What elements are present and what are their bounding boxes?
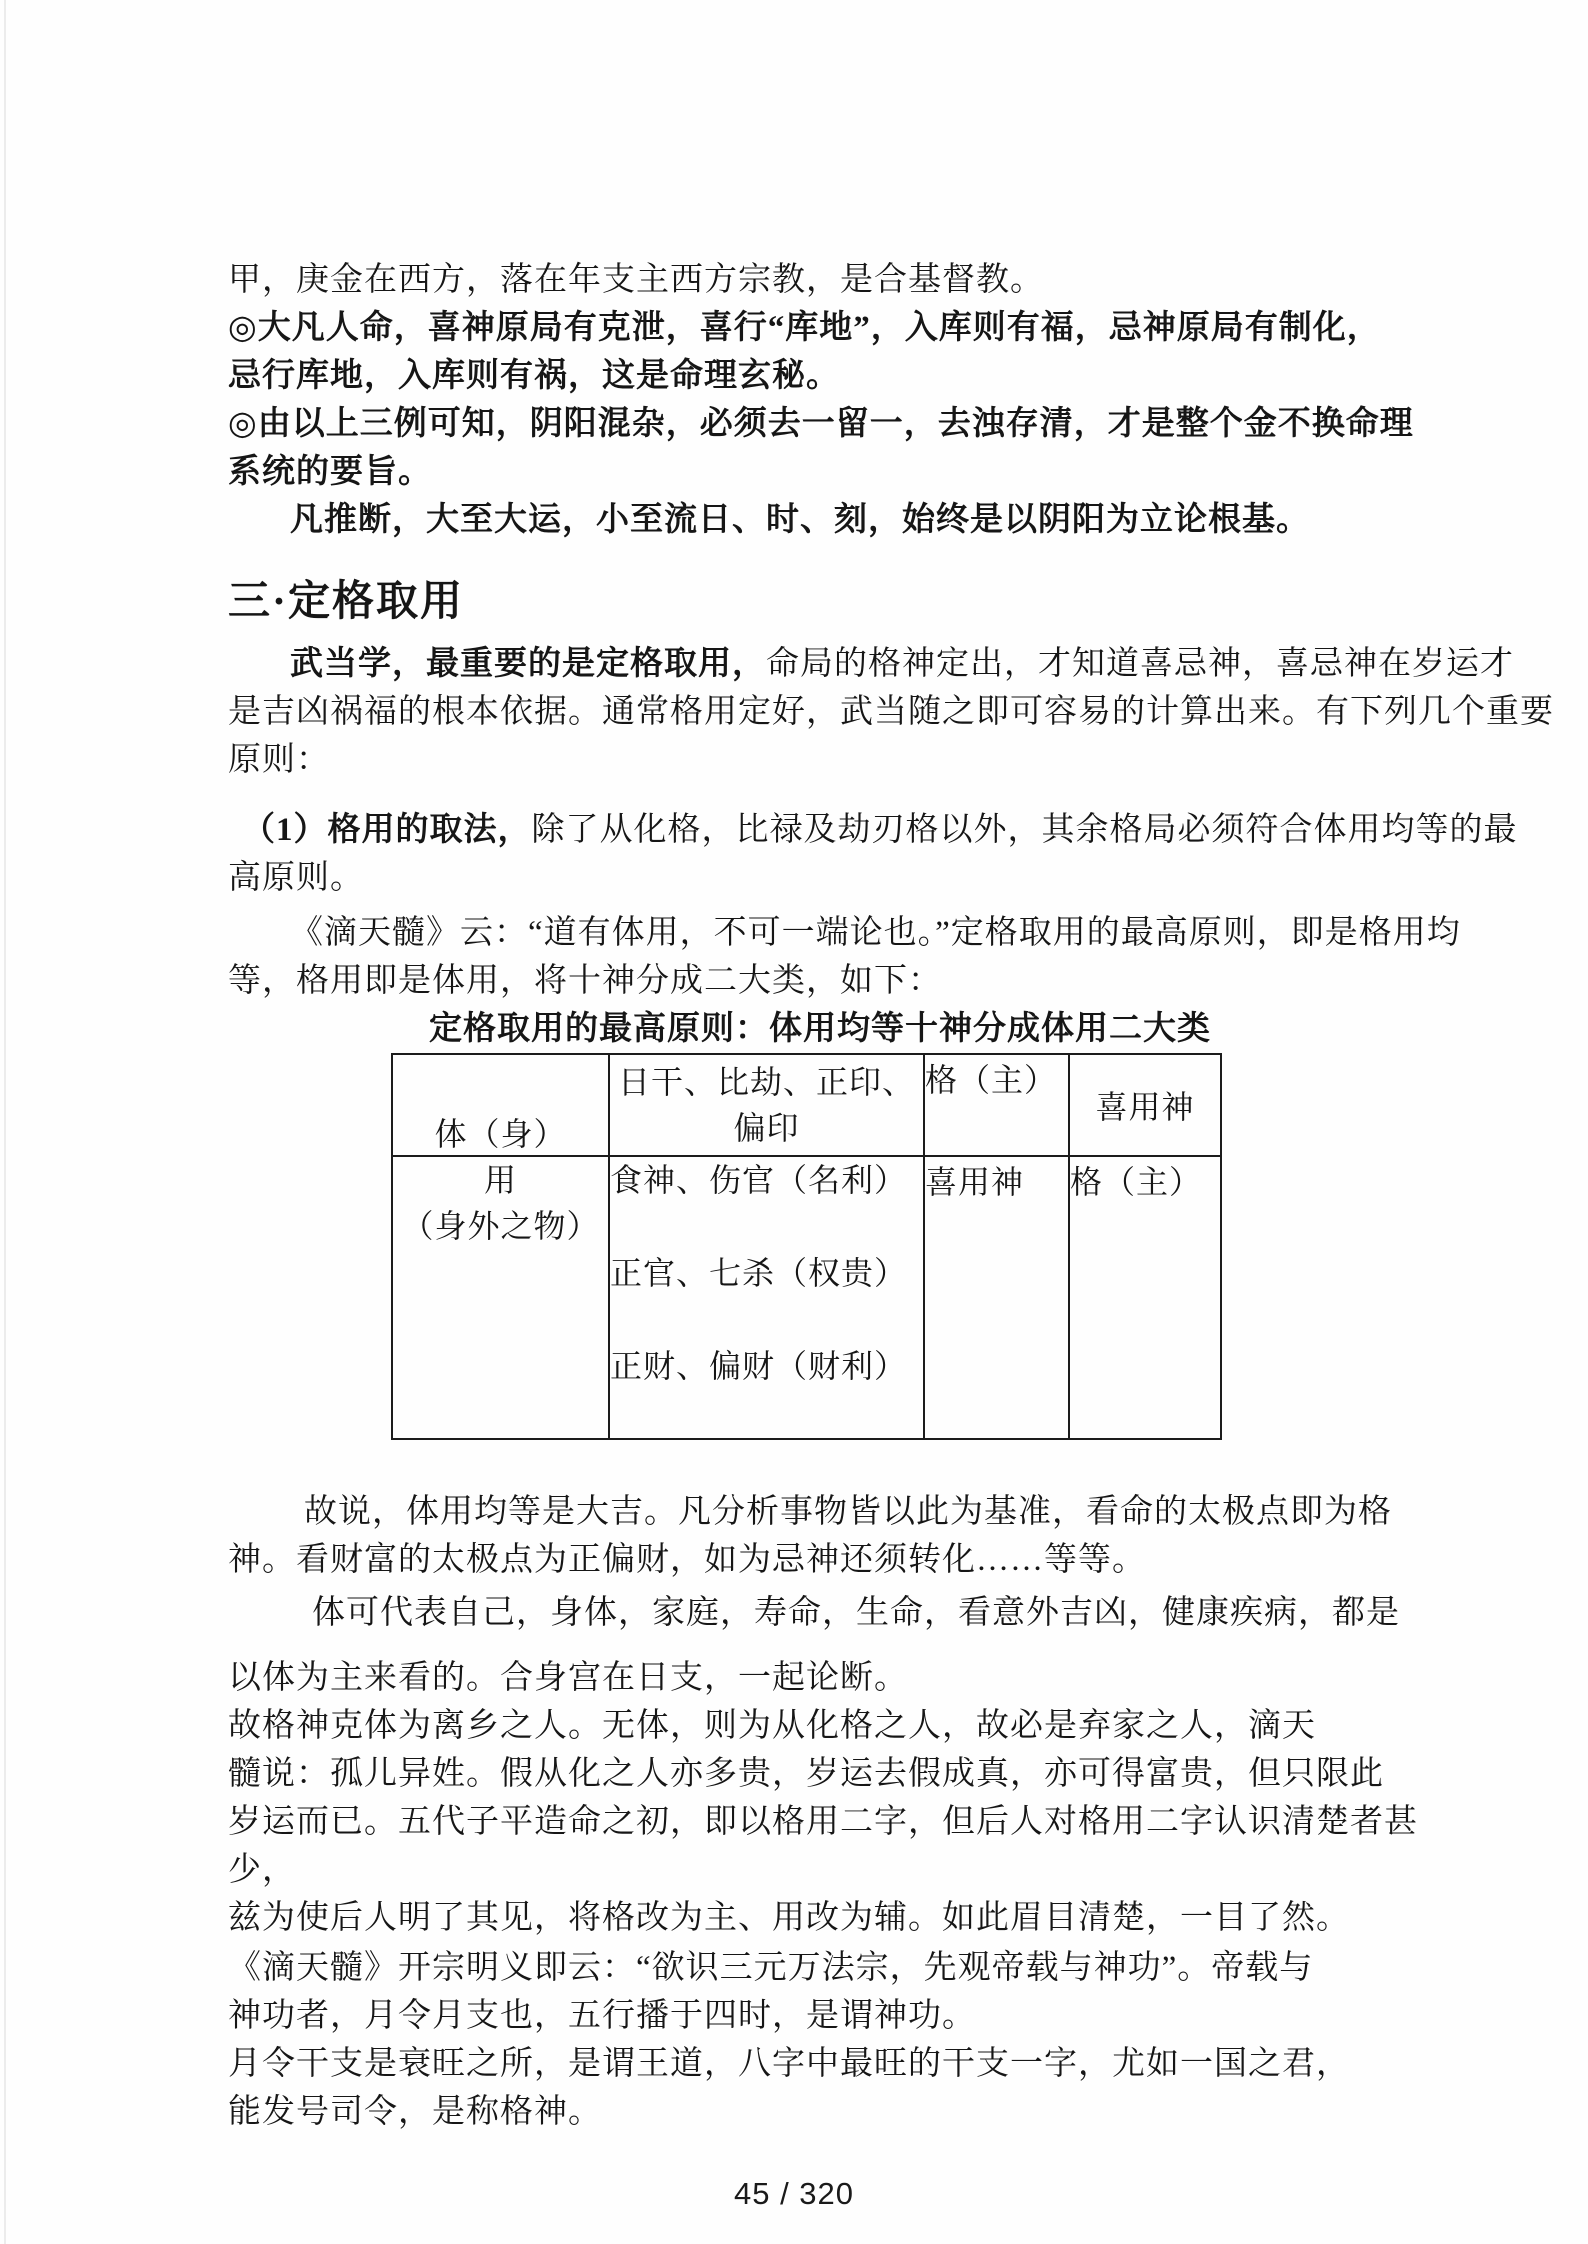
body-line: 是吉凶祸福的根本依据。通常格用定好，武当随之即可容易的计算出来。有下列几个重要 — [228, 688, 1558, 736]
cell-xi-yong-shen: 喜用神 — [1069, 1054, 1221, 1156]
body-line: 高原则。 — [228, 854, 1558, 902]
emphasis-text: （1）格用的取法， — [242, 812, 532, 848]
cell-line: 正官、七杀（权贵） — [610, 1250, 923, 1296]
cell-line: 用 — [393, 1157, 608, 1203]
table-header-row: 体（身） 日干、比劫、正印、 偏印 格（主） 喜用神 — [392, 1054, 1221, 1156]
body-line: 以体为主来看的。合身宫在日支，一起论断。 — [228, 1654, 1558, 1702]
page-content: 甲，庚金在西方，落在年支主西方宗教，是合基督教。 ◎大凡人命，喜神原局有克泄，喜… — [228, 256, 1558, 2136]
cell-line: 偏印 — [610, 1105, 923, 1151]
body-line: 能发号司令，是称格神。 — [228, 2088, 1558, 2136]
body-line: 月令干支是衰旺之所，是谓王道，八字中最旺的干支一字，尤如一国之君， — [228, 2040, 1558, 2088]
emphasis-text: 武当学，最重要的是定格取用， — [290, 646, 766, 682]
body-line: 《滴天髓》云：“道有体用，不可一端论也。”定格取用的最高原则，即是格用均 — [228, 909, 1558, 957]
cell-line: 食神、伤官（名利） — [610, 1157, 923, 1203]
cell-xi-yong-shen: 喜用神 — [924, 1156, 1069, 1439]
table-title: 定格取用的最高原则：体用均等十神分成体用二大类 — [429, 1005, 1558, 1053]
body-line-bold: ◎由以上三例可知，阴阳混杂，必须去一留一，去浊存清，才是整个金不换命理 — [228, 400, 1558, 448]
body-line-bold: 凡推断，大至大运，小至流日、时、刻，始终是以阴阳为立论根基。 — [228, 496, 1558, 544]
cell-ge-zhu: 格（主） — [1069, 1156, 1221, 1439]
ti-yong-classification-table: 体（身） 日干、比劫、正印、 偏印 格（主） 喜用神 用 （身外之物） 食神、伤… — [391, 1053, 1222, 1440]
body-line-bold: 系统的要旨。 — [228, 448, 1558, 496]
body-line: 兹为使后人明了其见，将格改为主、用改为辅。如此眉目清楚，一目了然。 — [228, 1894, 1558, 1942]
body-line: 岁运而已。五代子平造命之初，即以格用二字，但后人对格用二字认识清楚者甚 — [228, 1798, 1558, 1846]
body-line: 髓说：孤儿异姓。假从化之人亦多贵，岁运去假成真，亦可得富贵，但只限此 — [228, 1750, 1558, 1798]
body-line: 故说，体用均等是大吉。凡分析事物皆以此为基准，看命的太极点即为格 — [228, 1488, 1558, 1536]
cell-yong-group: 食神、伤官（名利） 正官、七杀（权贵） 正财、偏财（财利） — [609, 1156, 924, 1439]
body-line: 体可代表自己，身体，家庭，寿命，生命，看意外吉凶，健康疾病，都是 — [228, 1589, 1558, 1637]
cell-yong: 用 （身外之物） — [392, 1156, 609, 1439]
body-line: 原则： — [228, 736, 1558, 784]
cell-shen-group: 日干、比劫、正印、 偏印 — [609, 1054, 924, 1156]
body-line: 等，格用即是体用，将十神分成二大类，如下： — [228, 957, 1558, 1005]
cell-line: 正财、偏财（财利） — [610, 1343, 923, 1389]
body-line: 少， — [228, 1846, 1558, 1894]
table-body-row: 用 （身外之物） 食神、伤官（名利） 正官、七杀（权贵） 正财、偏财（财利） 喜… — [392, 1156, 1221, 1439]
body-line: 神功者，月令月支也，五行播于四时，是谓神功。 — [228, 1992, 1558, 2040]
document-page: 甲，庚金在西方，落在年支主西方宗教，是合基督教。 ◎大凡人命，喜神原局有克泄，喜… — [0, 0, 1588, 2244]
body-text: 命局的格神定出，才知道喜忌神，喜忌神在岁运才 — [766, 646, 1514, 682]
body-text: 除了从化格，比禄及劫刃格以外，其余格局必须符合体用均等的最 — [532, 812, 1518, 848]
cell-ti-shen: 体（身） — [392, 1054, 609, 1156]
body-line: 《滴天髓》开宗明义即云：“欲识三元万法宗，先观帝载与神功”。帝载与 — [228, 1944, 1558, 1992]
body-line: 故格神克体为离乡之人。无体，则为从化格之人，故必是弃家之人，滴天 — [228, 1702, 1558, 1750]
cell-ge-zhu: 格（主） — [924, 1054, 1069, 1156]
scan-edge-artifact — [4, 0, 6, 2244]
section-heading: 三·定格取用 — [228, 574, 1558, 630]
body-line-bold: ◎大凡人命，喜神原局有克泄，喜行“库地”，入库则有福，忌神原局有制化， — [228, 304, 1558, 352]
body-line-bold: 忌行库地，入库则有祸，这是命理玄秘。 — [228, 352, 1558, 400]
body-line: （1）格用的取法，除了从化格，比禄及劫刃格以外，其余格局必须符合体用均等的最 — [228, 806, 1558, 854]
body-line: 武当学，最重要的是定格取用，命局的格神定出，才知道喜忌神，喜忌神在岁运才 — [228, 640, 1558, 688]
page-number: 45 / 320 — [0, 2176, 1588, 2212]
body-line: 神。看财富的太极点为正偏财，如为忌神还须转化……等等。 — [228, 1536, 1558, 1584]
body-line: 甲，庚金在西方，落在年支主西方宗教，是合基督教。 — [228, 256, 1558, 304]
cell-line: （身外之物） — [393, 1203, 608, 1249]
cell-line: 日干、比劫、正印、 — [610, 1059, 923, 1105]
